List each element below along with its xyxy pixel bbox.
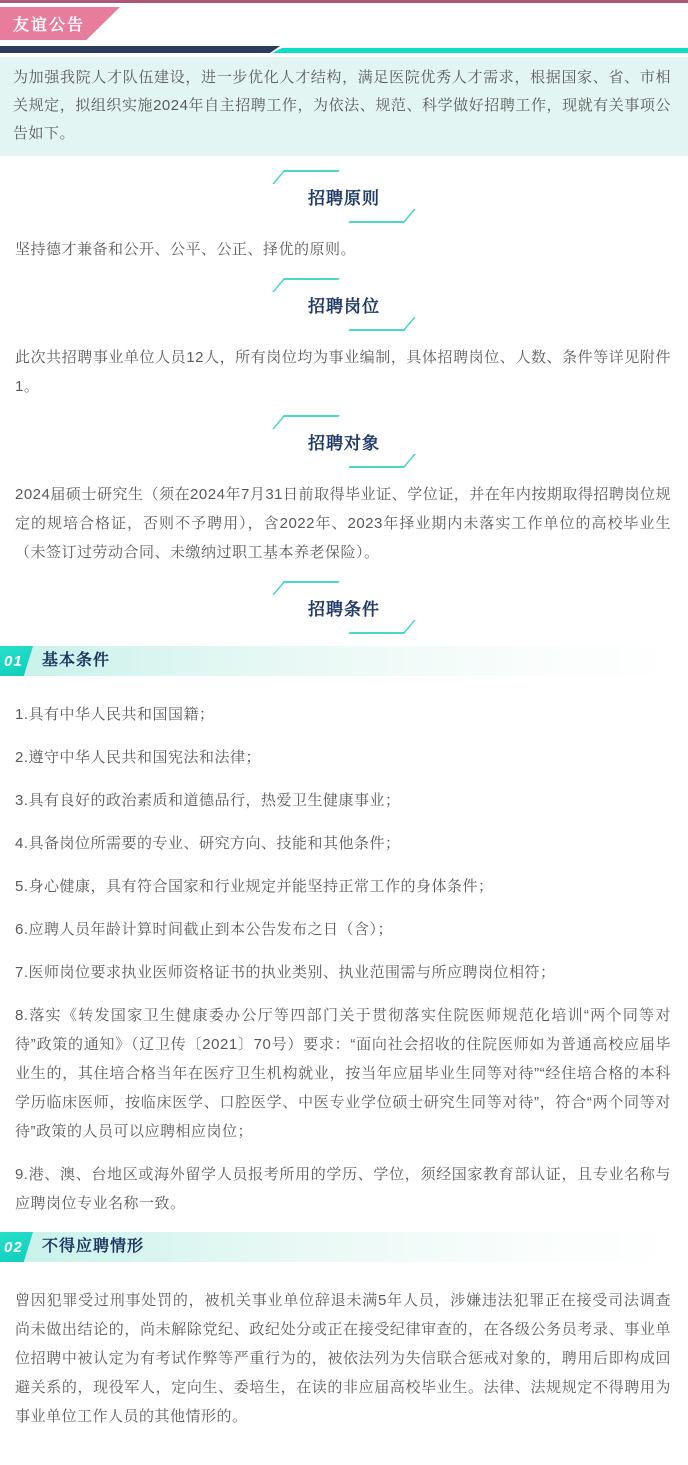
intro-paragraph: 为加强我院人才队伍建设，进一步优化人才结构，满足医院优秀人才需求，根据国家、省、… (13, 64, 671, 148)
basic-item: 7.医师岗位要求执业医师资格证书的执业类别、执业范围需与所应聘岗位相符； (15, 958, 671, 987)
divider-teal-segment (272, 48, 688, 53)
section-title-wrap: 招聘对象 (302, 417, 386, 466)
section-heading-conditions: 招聘条件 (0, 583, 688, 632)
announcement-page: 友谊公告 为加强我院人才队伍建设，进一步优化人才结构，满足医院优秀人才需求，根据… (0, 0, 688, 1465)
heading-corner-mark-top (272, 415, 340, 429)
basic-item: 2.遵守中华人民共和国宪法和法律； (15, 743, 671, 772)
heading-corner-mark-bottom (348, 317, 416, 331)
section-title-positions: 招聘岗位 (308, 292, 380, 317)
heading-corner-mark-top (272, 278, 340, 292)
subsection-bar-basic: 01 基本条件 (0, 646, 688, 676)
subsection-bar-exclusions: 02 不得应聘情形 (0, 1232, 688, 1262)
section-title-wrap: 招聘条件 (302, 583, 386, 632)
section-title-wrap: 招聘原则 (302, 172, 386, 221)
basic-item: 3.具有良好的政治素质和道德品行，热爱卫生健康事业； (15, 786, 671, 815)
heading-corner-mark-bottom (348, 620, 416, 634)
basic-item: 4.具备岗位所需要的专业、研究方向、技能和其他条件； (15, 829, 671, 858)
basic-item: 8.落实《转发国家卫生健康委办公厅等四部门关于贯彻落实住院医师规范化培训“两个同… (15, 1001, 671, 1146)
heading-corner-mark-top (272, 581, 340, 595)
subsection-number-exclusions: 02 (0, 1232, 33, 1262)
heading-corner-mark-bottom (348, 454, 416, 468)
positions-body: 此次共招聘事业单位人员12人，所有岗位均为事业编制，具体招聘岗位、人数、条件等详… (15, 343, 671, 401)
section-title-wrap: 招聘岗位 (302, 280, 386, 329)
basic-item: 5.身心健康，具有符合国家和行业规定并能坚持正常工作的身体条件； (15, 872, 671, 901)
header-divider (0, 46, 688, 53)
intro-box: 为加强我院人才队伍建设，进一步优化人才结构，满足医院优秀人才需求，根据国家、省、… (0, 57, 688, 156)
section-heading-targets: 招聘对象 (0, 417, 688, 466)
basic-item: 6.应聘人员年龄计算时间截止到本公告发布之日（含）； (15, 915, 671, 944)
announcement-badge: 友谊公告 (0, 7, 120, 40)
basic-item: 9.港、澳、台地区或海外留学人员报考所用的学历、学位，须经国家教育部认证，且专业… (15, 1160, 671, 1218)
subsection-title-basic: 基本条件 (42, 646, 110, 676)
section-heading-principle: 招聘原则 (0, 172, 688, 221)
basic-item: 1.具有中华人民共和国国籍； (15, 700, 671, 729)
subsection-title-exclusions: 不得应聘情形 (42, 1232, 144, 1262)
section-heading-positions: 招聘岗位 (0, 280, 688, 329)
section-title-targets: 招聘对象 (308, 429, 380, 454)
badge-label: 友谊公告 (13, 12, 85, 35)
subsection-number-basic: 01 (0, 646, 33, 676)
principle-body: 坚持德才兼备和公开、公平、公正、择优的原则。 (15, 235, 671, 264)
targets-body: 2024届硕士研究生（须在2024年7月31日前取得毕业证、学位证，并在年内按期… (15, 480, 671, 567)
section-title-conditions: 招聘条件 (308, 595, 380, 620)
exclusions-body: 曾因犯罪受过刑事处罚的，被机关事业单位辞退未满5年人员，涉嫌违法犯罪正在接受司法… (15, 1286, 671, 1431)
heading-corner-mark-top (272, 170, 340, 184)
top-accent-line (0, 0, 688, 3)
divider-navy-segment (0, 46, 280, 53)
section-title-principle: 招聘原则 (308, 184, 380, 209)
heading-corner-mark-bottom (348, 209, 416, 223)
